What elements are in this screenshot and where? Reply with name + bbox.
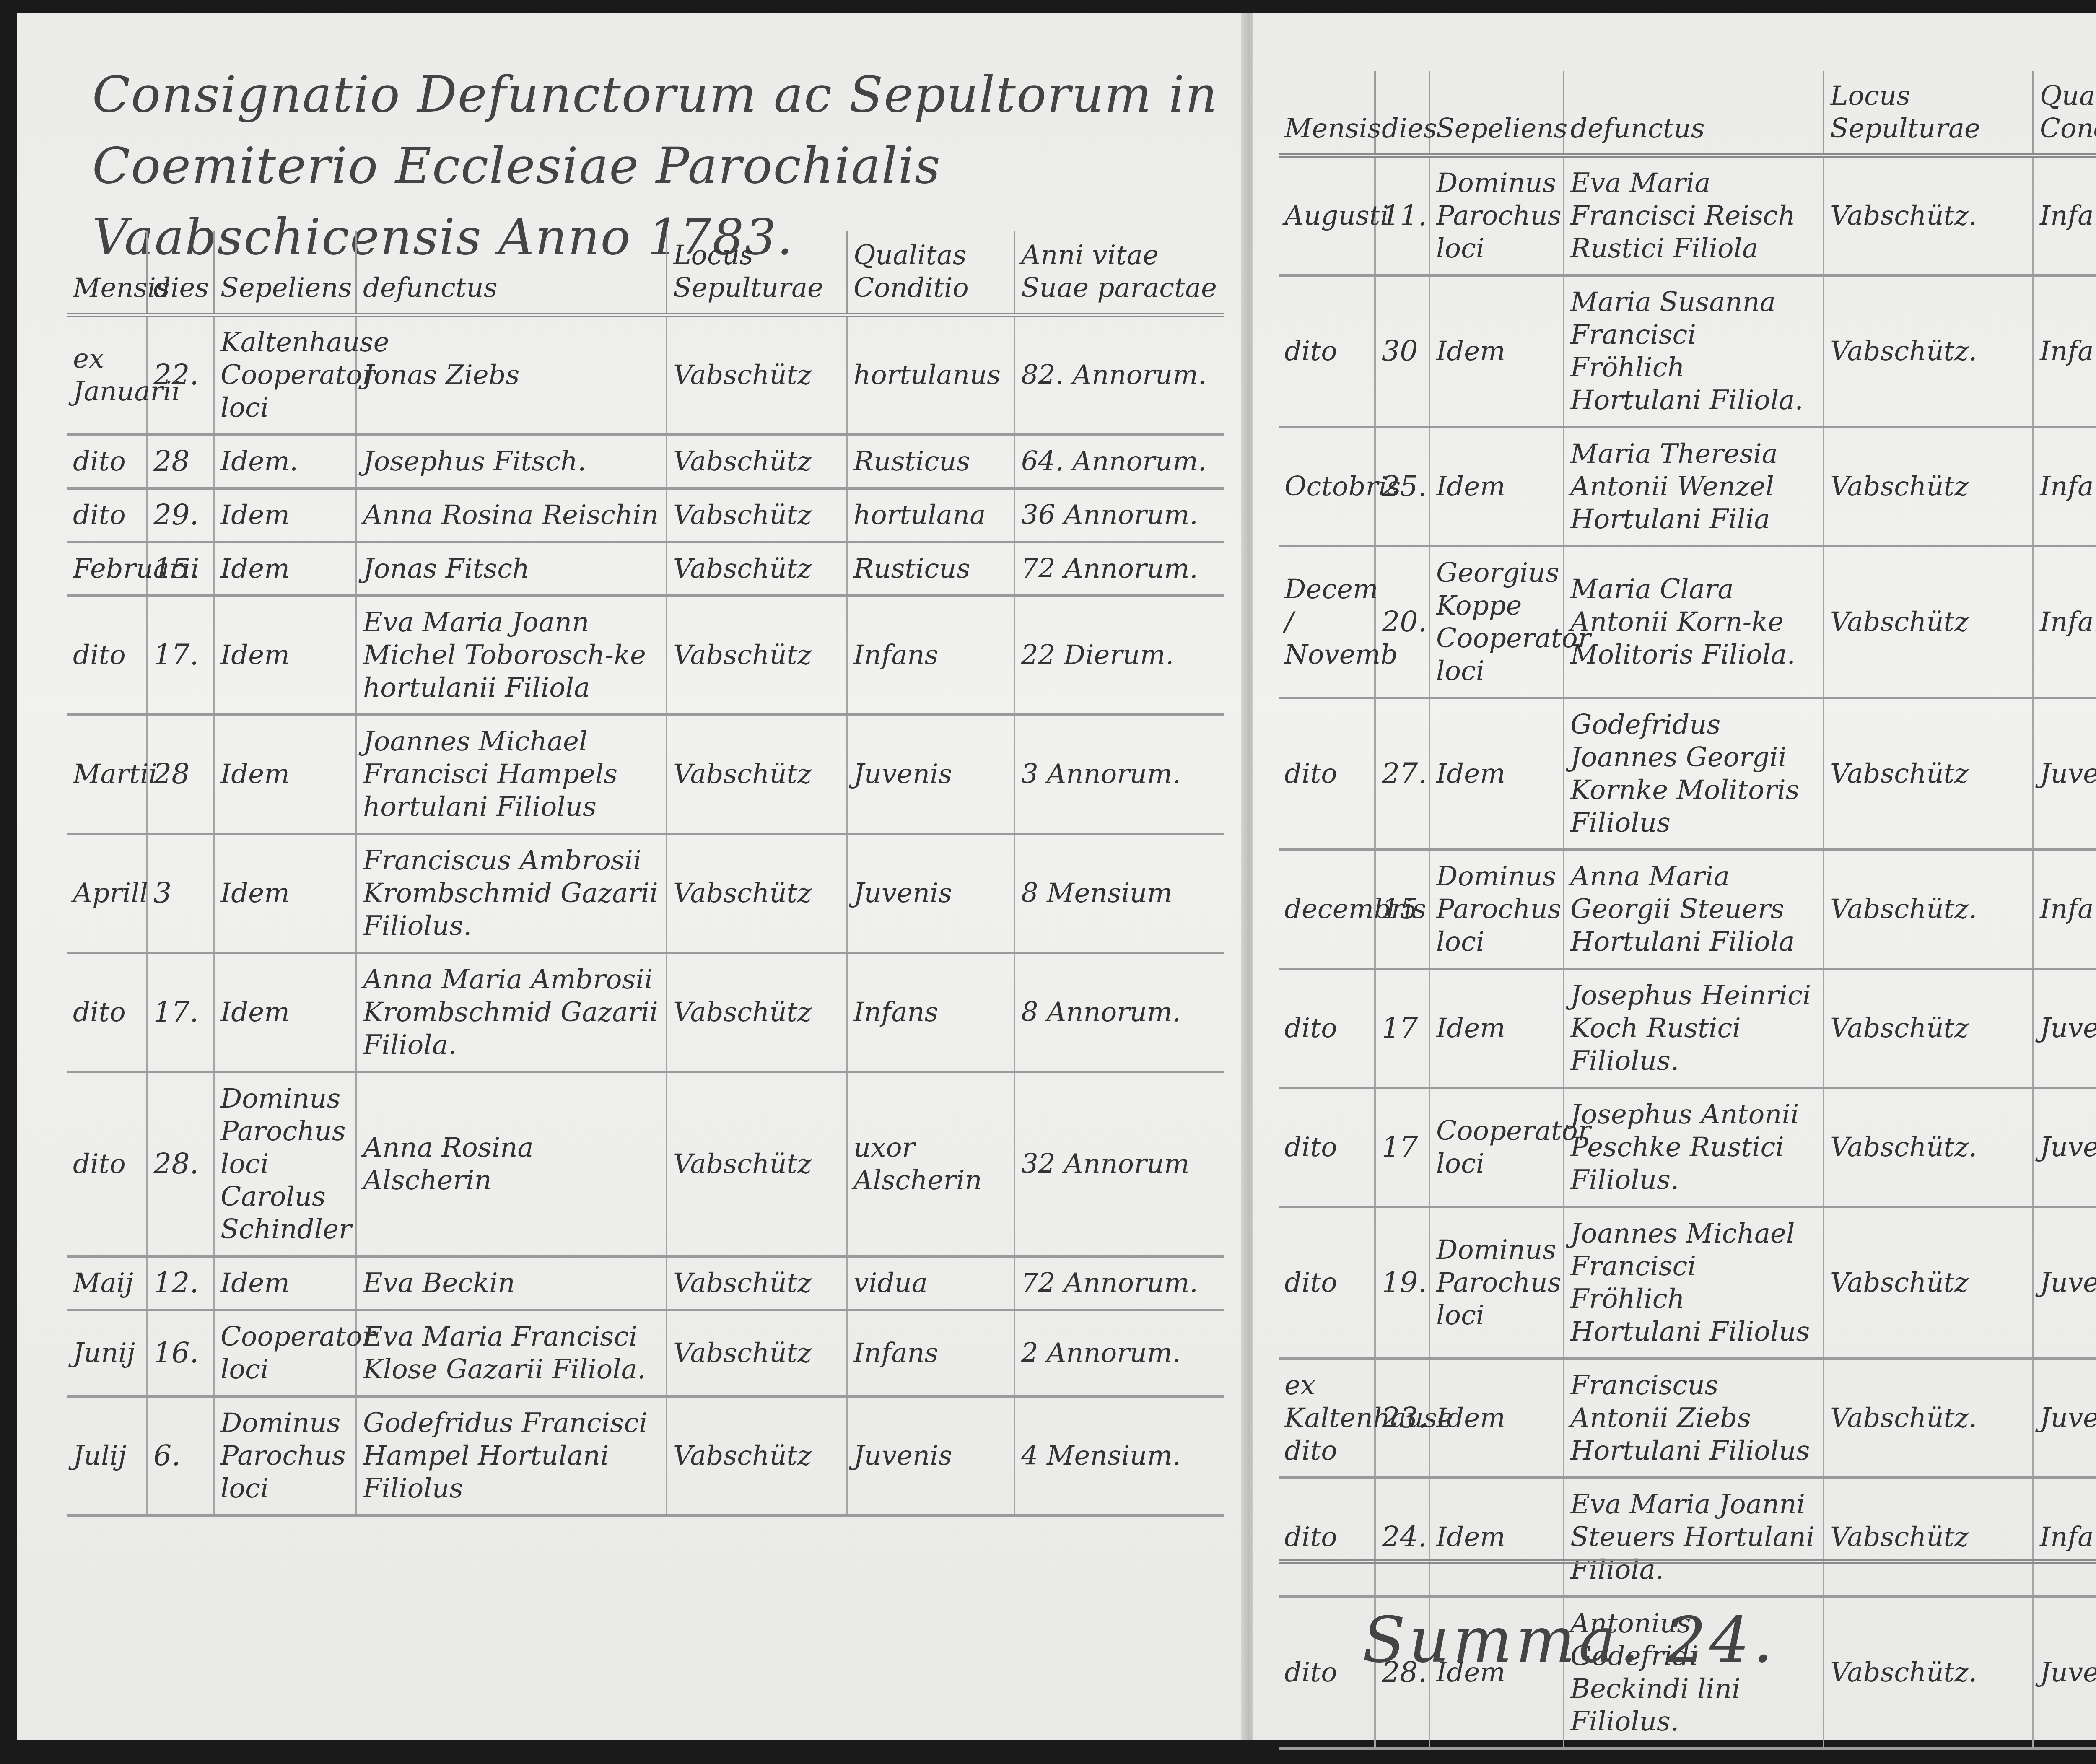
register-row: Aprill3IdemFranciscus Ambrosii Krombschm… bbox=[67, 834, 1224, 953]
cell-defunctus: Anna Rosina Reischin bbox=[356, 488, 667, 542]
register-row: Julij6.Dominus Parochus lociGodefridus F… bbox=[67, 1396, 1224, 1515]
cell-mensis: dito bbox=[1279, 1088, 1375, 1207]
col-locus: Locus Sepulturae bbox=[667, 231, 847, 315]
cell-mensis: dito bbox=[67, 1072, 147, 1256]
cell-sepeliens: Idem bbox=[1429, 698, 1564, 850]
register-row: Decem / Novemb20.Georgius Koppe Cooperat… bbox=[1279, 546, 2096, 698]
cell-dies: 25. bbox=[1375, 427, 1429, 546]
cell-sepeliens: Kaltenhause Cooperator loci bbox=[214, 315, 356, 435]
register-row: Octobris25.IdemMaria Theresia Antonii We… bbox=[1279, 427, 2096, 546]
cell-locus: Vabschütz. bbox=[1824, 850, 2033, 969]
cell-anni: 8 Annorum. bbox=[1014, 953, 1224, 1072]
cell-defunctus: Jonas Fitsch bbox=[356, 542, 667, 596]
cell-locus: Vabschütz bbox=[667, 1072, 847, 1256]
cell-dies: 30 bbox=[1375, 275, 1429, 427]
cell-mensis: decembris bbox=[1279, 850, 1375, 969]
cell-mensis: dito bbox=[67, 488, 147, 542]
cell-conditio: Juvenis bbox=[2033, 698, 2096, 850]
cell-sepeliens: Cooperator loci bbox=[1429, 1088, 1564, 1207]
col-locus: Locus Sepulturae bbox=[1824, 71, 2033, 156]
cell-defunctus: Eva Maria Francisci Klose Gazarii Filiol… bbox=[356, 1310, 667, 1396]
left-page: Consignatio Defunctorum ac Sepultorum in… bbox=[17, 13, 1245, 1740]
cell-mensis: Augusti bbox=[1279, 156, 1375, 275]
cell-defunctus: Josephus Heinrici Koch Rustici Filiolus. bbox=[1564, 969, 1824, 1088]
cell-defunctus: Maria Susanna Francisci Fröhlich Hortula… bbox=[1564, 275, 1824, 427]
cell-conditio: Juvenis bbox=[847, 834, 1014, 953]
cell-conditio: Infans bbox=[847, 953, 1014, 1072]
cell-sepeliens: Idem bbox=[1429, 969, 1564, 1088]
cell-locus: Vabschütz bbox=[1824, 1207, 2033, 1359]
cell-locus: Vabschütz bbox=[667, 488, 847, 542]
cell-locus: Vabschütz bbox=[667, 953, 847, 1072]
summa-rule bbox=[1279, 1559, 2096, 1564]
cell-defunctus: Anna Maria Ambrosii Krombschmid Gazarii … bbox=[356, 953, 667, 1072]
col-sepeliens: Sepeliens bbox=[214, 231, 356, 315]
cell-sepeliens: Idem bbox=[214, 1256, 356, 1310]
cell-conditio: Infans bbox=[2033, 546, 2096, 698]
cell-conditio: Infans bbox=[2033, 1478, 2096, 1597]
cell-dies: 11. bbox=[1375, 156, 1429, 275]
cell-locus: Vabschütz. bbox=[1824, 1088, 2033, 1207]
register-row: dito28Idem.Josephus Fitsch.VabschützRust… bbox=[67, 435, 1224, 488]
register-row: Martii28IdemJoannes Michael Francisci Ha… bbox=[67, 715, 1224, 834]
cell-conditio: Juvenis bbox=[2033, 1359, 2096, 1478]
cell-sepeliens: Dominus Parochus loci bbox=[1429, 1207, 1564, 1359]
cell-sepeliens: Idem. bbox=[214, 435, 356, 488]
register-row: dito30IdemMaria Susanna Francisci Fröhli… bbox=[1279, 275, 2096, 427]
cell-mensis: ex Januarii bbox=[67, 315, 147, 435]
cell-mensis: dito bbox=[1279, 275, 1375, 427]
cell-mensis: dito bbox=[1279, 1478, 1375, 1597]
cell-conditio: Juvenis bbox=[2033, 969, 2096, 1088]
col-sepeliens: Sepeliens bbox=[1429, 71, 1564, 156]
cell-mensis: dito bbox=[67, 596, 147, 715]
col-mensis: Mensis bbox=[1279, 71, 1375, 156]
cell-conditio: Infans bbox=[2033, 275, 2096, 427]
burial-register-left: Mensis dies Sepeliens defunctus Locus Se… bbox=[67, 231, 1224, 1517]
cell-conditio: hortulanus bbox=[847, 315, 1014, 435]
cell-dies: 19. bbox=[1375, 1207, 1429, 1359]
cell-mensis: Maij bbox=[67, 1256, 147, 1310]
cell-defunctus: Jonas Ziebs bbox=[356, 315, 667, 435]
cell-conditio: hortulana bbox=[847, 488, 1014, 542]
cell-dies: 27. bbox=[1375, 698, 1429, 850]
cell-sepeliens: Idem bbox=[214, 542, 356, 596]
cell-locus: Vabschütz bbox=[1824, 546, 2033, 698]
cell-conditio: uxor Alscherin bbox=[847, 1072, 1014, 1256]
register-row: Augusti11.Dominus Parochus lociEva Maria… bbox=[1279, 156, 2096, 275]
cell-mensis: dito bbox=[1279, 1597, 1375, 1748]
cell-locus: Vabschütz bbox=[667, 715, 847, 834]
cell-locus: Vabschütz. bbox=[1824, 1597, 2033, 1748]
cell-locus: Vabschütz bbox=[667, 315, 847, 435]
cell-anni: 72 Annorum. bbox=[1014, 1256, 1224, 1310]
cell-conditio: Rusticus bbox=[847, 542, 1014, 596]
cell-defunctus: Franciscus Antonii Ziebs Hortulani Filio… bbox=[1564, 1359, 1824, 1478]
cell-dies: 20. bbox=[1375, 546, 1429, 698]
register-row: Junij16.Cooperator lociEva Maria Francis… bbox=[67, 1310, 1224, 1396]
cell-sepeliens: Dominus Parochus loci Carolus Schindler bbox=[214, 1072, 356, 1256]
cell-locus: Vabschütz bbox=[667, 542, 847, 596]
cell-mensis: dito bbox=[1279, 969, 1375, 1088]
cell-dies: 12. bbox=[147, 1256, 214, 1310]
cell-sepeliens: Dominus Parochus loci bbox=[1429, 156, 1564, 275]
cell-conditio: vidua bbox=[847, 1256, 1014, 1310]
cell-mensis: dito bbox=[67, 435, 147, 488]
cell-conditio: Infans bbox=[847, 1310, 1014, 1396]
cell-anni: 64. Annorum. bbox=[1014, 435, 1224, 488]
cell-dies: 29. bbox=[147, 488, 214, 542]
burial-register-right: Mensis dies Sepeliens defunctus Locus Se… bbox=[1279, 71, 2096, 1750]
register-row: dito27.IdemGodefridus Joannes Georgii Ko… bbox=[1279, 698, 2096, 850]
cell-anni: 36 Annorum. bbox=[1014, 488, 1224, 542]
cell-dies: 28. bbox=[147, 1072, 214, 1256]
register-row: ex Januarii22.Kaltenhause Cooperator loc… bbox=[67, 315, 1224, 435]
right-page: Mensis dies Sepeliens defunctus Locus Se… bbox=[1253, 13, 2096, 1740]
cell-dies: 6. bbox=[147, 1396, 214, 1515]
header-row: Mensis dies Sepeliens defunctus Locus Se… bbox=[67, 231, 1224, 315]
cell-conditio: Infans bbox=[2033, 156, 2096, 275]
cell-anni: 22 Dierum. bbox=[1014, 596, 1224, 715]
cell-defunctus: Josephus Fitsch. bbox=[356, 435, 667, 488]
cell-locus: Vabschütz bbox=[667, 1310, 847, 1396]
cell-mensis: dito bbox=[1279, 698, 1375, 850]
cell-conditio: Juvenis bbox=[2033, 1207, 2096, 1359]
cell-anni: 32 Annorum bbox=[1014, 1072, 1224, 1256]
cell-locus: Vabschütz bbox=[1824, 427, 2033, 546]
cell-dies: 22. bbox=[147, 315, 214, 435]
cell-dies: 24. bbox=[1375, 1478, 1429, 1597]
cell-dies: 28 bbox=[147, 715, 214, 834]
cell-sepeliens: Idem bbox=[214, 834, 356, 953]
cell-locus: Vabschütz bbox=[667, 596, 847, 715]
cell-sepeliens: Idem bbox=[1429, 275, 1564, 427]
cell-mensis: Martii bbox=[67, 715, 147, 834]
cell-conditio: Juvenis bbox=[2033, 1597, 2096, 1748]
cell-defunctus: Eva Beckin bbox=[356, 1256, 667, 1310]
cell-conditio: Juvenis bbox=[2033, 1088, 2096, 1207]
cell-conditio: Rusticus bbox=[847, 435, 1014, 488]
cell-sepeliens: Idem bbox=[214, 953, 356, 1072]
cell-conditio: Infans bbox=[847, 596, 1014, 715]
cell-dies: 16. bbox=[147, 1310, 214, 1396]
cell-mensis: Julij bbox=[67, 1396, 147, 1515]
cell-defunctus: Eva Maria Joann Michel Toborosch-ke hort… bbox=[356, 596, 667, 715]
cell-mensis: Februarii bbox=[67, 542, 147, 596]
col-defunctus: defunctus bbox=[1564, 71, 1824, 156]
register-row: dito19.Dominus Parochus lociJoannes Mich… bbox=[1279, 1207, 2096, 1359]
register-row: dito17.IdemAnna Maria Ambrosii Krombschm… bbox=[67, 953, 1224, 1072]
cell-mensis: Decem / Novemb bbox=[1279, 546, 1375, 698]
cell-sepeliens: Idem bbox=[1429, 1359, 1564, 1478]
cell-sepeliens: Dominus Parochus loci bbox=[214, 1396, 356, 1515]
cell-defunctus: Maria Theresia Antonii Wenzel Hortulani … bbox=[1564, 427, 1824, 546]
cell-mensis: Junij bbox=[67, 1310, 147, 1396]
cell-dies: 23. bbox=[1375, 1359, 1429, 1478]
register-row: dito17.IdemEva Maria Joann Michel Toboro… bbox=[67, 596, 1224, 715]
cell-dies: 17. bbox=[147, 953, 214, 1072]
cell-locus: Vabschütz bbox=[667, 1256, 847, 1310]
cell-defunctus: Joannes Michael Francisci Hampels hortul… bbox=[356, 715, 667, 834]
cell-mensis: Octobris bbox=[1279, 427, 1375, 546]
cell-mensis: Aprill bbox=[67, 834, 147, 953]
cell-locus: Vabschütz bbox=[667, 834, 847, 953]
cell-mensis: dito bbox=[1279, 1207, 1375, 1359]
register-spread: Consignatio Defunctorum ac Sepultorum in… bbox=[17, 13, 2096, 1740]
col-conditio: Qualitas Conditio bbox=[2033, 71, 2096, 156]
cell-defunctus: Eva Maria Francisci Reisch Rustici Filio… bbox=[1564, 156, 1824, 275]
summa-total: Summa. 24. bbox=[1362, 1604, 1776, 1677]
cell-conditio: Juvenis bbox=[847, 715, 1014, 834]
cell-dies: 3 bbox=[147, 834, 214, 953]
cell-conditio: Juvenis bbox=[847, 1396, 1014, 1515]
cell-sepeliens: Idem bbox=[214, 596, 356, 715]
cell-defunctus: Maria Clara Antonii Korn-ke Molitoris Fi… bbox=[1564, 546, 1824, 698]
cell-defunctus: Godefridus Francisci Hampel Hortulani Fi… bbox=[356, 1396, 667, 1515]
cell-anni: 82. Annorum. bbox=[1014, 315, 1224, 435]
cell-locus: Vabschütz bbox=[1824, 969, 2033, 1088]
cell-sepeliens: Dominus Parochus loci bbox=[1429, 850, 1564, 969]
cell-dies: 17. bbox=[147, 596, 214, 715]
cell-locus: Vabschütz bbox=[667, 435, 847, 488]
register-row: decembris15Dominus Parochus lociAnna Mar… bbox=[1279, 850, 2096, 969]
cell-sepeliens: Cooperator loci bbox=[214, 1310, 356, 1396]
cell-anni: 3 Annorum. bbox=[1014, 715, 1224, 834]
cell-anni: 72 Annorum. bbox=[1014, 542, 1224, 596]
register-row: dito24.IdemEva Maria Joanni Steuers Hort… bbox=[1279, 1478, 2096, 1597]
col-mensis: Mensis bbox=[67, 231, 147, 315]
cell-defunctus: Godefridus Joannes Georgii Kornke Molito… bbox=[1564, 698, 1824, 850]
cell-conditio: Infans bbox=[2033, 427, 2096, 546]
register-row: dito17IdemJosephus Heinrici Koch Rustici… bbox=[1279, 969, 2096, 1088]
cell-dies: 15. bbox=[147, 542, 214, 596]
col-anni: Anni vitae Suae paractae bbox=[1014, 231, 1224, 315]
cell-locus: Vabschütz. bbox=[1824, 275, 2033, 427]
col-defunctus: defunctus bbox=[356, 231, 667, 315]
cell-defunctus: Joannes Michael Francisci Fröhlich Hortu… bbox=[1564, 1207, 1824, 1359]
cell-sepeliens: Idem bbox=[1429, 427, 1564, 546]
cell-conditio: Infans bbox=[2033, 850, 2096, 969]
cell-locus: Vabschütz bbox=[1824, 1478, 2033, 1597]
cell-sepeliens: Georgius Koppe Cooperator loci bbox=[1429, 546, 1564, 698]
register-row: dito17Cooperator lociJosephus Antonii Pe… bbox=[1279, 1088, 2096, 1207]
col-dies: dies bbox=[147, 231, 214, 315]
cell-defunctus: Anna Maria Georgii Steuers Hortulani Fil… bbox=[1564, 850, 1824, 969]
cell-locus: Vabschütz. bbox=[1824, 1359, 2033, 1478]
col-dies: dies bbox=[1375, 71, 1429, 156]
cell-anni: 8 Mensium bbox=[1014, 834, 1224, 953]
cell-mensis: dito bbox=[67, 953, 147, 1072]
cell-defunctus: Anna Rosina Alscherin bbox=[356, 1072, 667, 1256]
header-row: Mensis dies Sepeliens defunctus Locus Se… bbox=[1279, 71, 2096, 156]
register-row: Februarii15.IdemJonas FitschVabschützRus… bbox=[67, 542, 1224, 596]
register-row: dito28.Dominus Parochus loci Carolus Sch… bbox=[67, 1072, 1224, 1256]
cell-dies: 28 bbox=[147, 435, 214, 488]
cell-anni: 4 Mensium. bbox=[1014, 1396, 1224, 1515]
register-row: ex Kaltenhause dito23.IdemFranciscus Ant… bbox=[1279, 1359, 2096, 1478]
cell-locus: Vabschütz bbox=[1824, 698, 2033, 850]
cell-dies: 17 bbox=[1375, 969, 1429, 1088]
cell-defunctus: Josephus Antonii Peschke Rustici Filiolu… bbox=[1564, 1088, 1824, 1207]
cell-sepeliens: Idem bbox=[1429, 1478, 1564, 1597]
cell-dies: 17 bbox=[1375, 1088, 1429, 1207]
cell-sepeliens: Idem bbox=[214, 715, 356, 834]
cell-defunctus: Franciscus Ambrosii Krombschmid Gazarii … bbox=[356, 834, 667, 953]
cell-anni: 2 Annorum. bbox=[1014, 1310, 1224, 1396]
register-row: dito29.IdemAnna Rosina ReischinVabschütz… bbox=[67, 488, 1224, 542]
register-row: Maij12.IdemEva BeckinVabschützvidua72 An… bbox=[67, 1256, 1224, 1310]
cell-defunctus: Eva Maria Joanni Steuers Hortulani Filio… bbox=[1564, 1478, 1824, 1597]
cell-mensis: ex Kaltenhause dito bbox=[1279, 1359, 1375, 1478]
cell-sepeliens: Idem bbox=[214, 488, 356, 542]
cell-locus: Vabschütz. bbox=[1824, 156, 2033, 275]
col-conditio: Qualitas Conditio bbox=[847, 231, 1014, 315]
cell-locus: Vabschütz bbox=[667, 1396, 847, 1515]
